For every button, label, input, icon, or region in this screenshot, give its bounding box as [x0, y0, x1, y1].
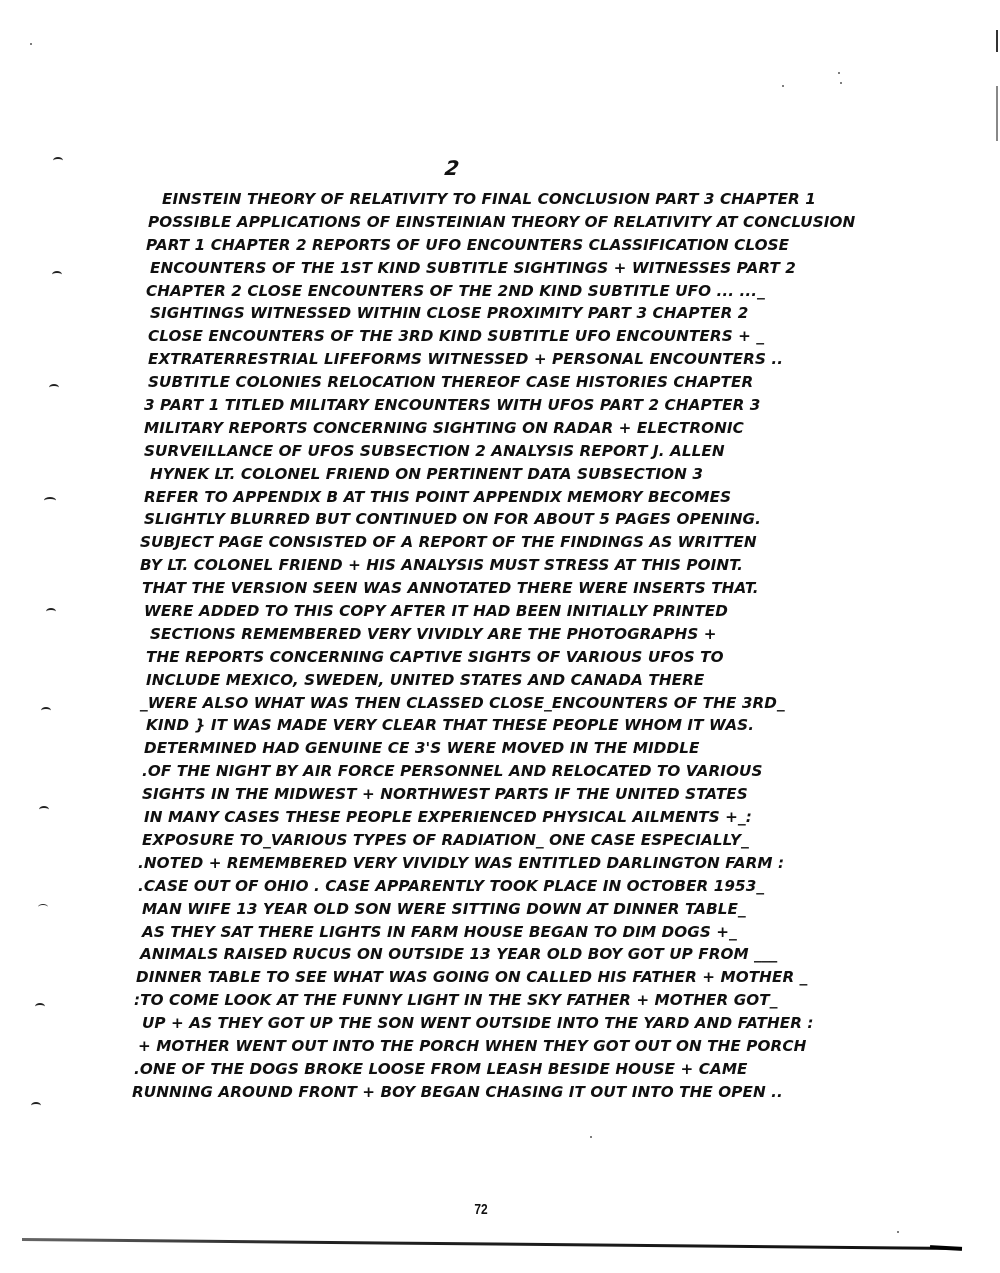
text-line: Animals Raised Rucus On Outside 13 Year …	[128, 943, 868, 966]
text-line: Up + As They Got Up The Son Went Outside…	[128, 1012, 868, 1035]
handwritten-text-body: Einstein Theory Of Relativity To Final C…	[128, 188, 868, 1104]
text-line: Slightly Blurred But Continued On For Ab…	[128, 508, 868, 531]
text-line: Running Around Front + Boy Began Chasing…	[128, 1081, 868, 1104]
text-line: In Many Cases These People Experienced P…	[128, 806, 868, 829]
text-line: Were Added To This Copy After It Had Bee…	[128, 600, 868, 623]
text-line: .Noted + Remembered Very Vividly Was Ent…	[128, 852, 868, 875]
margin-mark	[52, 271, 62, 278]
text-line: Dinner Table To See What Was Going On Ca…	[128, 966, 868, 989]
text-line: Subtitle Colonies Relocation Thereof Cas…	[128, 371, 868, 394]
header-page-number: 2	[431, 158, 474, 178]
margin-mark	[41, 707, 51, 714]
margin-mark	[39, 806, 49, 813]
scanned-page: 2 Einstein Theory Of Relativity To Final…	[0, 0, 1000, 1273]
scan-speck	[30, 43, 32, 45]
margin-mark	[35, 1003, 45, 1010]
text-line: Include Mexico, Sweden, United States An…	[128, 669, 868, 692]
text-line: Part 1 Chapter 2 Reports Of UFO Encounte…	[128, 234, 868, 257]
scan-speck	[782, 85, 784, 87]
text-line: The Reports Concerning Captive Sights Of…	[128, 646, 868, 669]
margin-mark	[49, 384, 59, 391]
scan-speck	[840, 82, 842, 84]
text-line: Man Wife 13 Year Old Son Were Sitting Do…	[128, 898, 868, 921]
text-line: Sightings Witnessed Within Close Proximi…	[128, 302, 868, 325]
text-line: .Case Out Of Ohio . Case Apparently Took…	[128, 875, 868, 898]
text-line: :To Come Look At The Funny Light In The …	[128, 989, 868, 1012]
scan-speck	[838, 72, 840, 74]
text-line: Military Reports Concerning Sighting On …	[128, 417, 868, 440]
text-line: Kind } It Was Made Very Clear That These…	[128, 714, 868, 737]
footer-rule	[22, 1238, 962, 1250]
text-line: Surveillance Of UFOs SubSection 2 Analys…	[128, 440, 868, 463]
margin-mark	[44, 497, 56, 504]
text-line: Refer To Appendix B At This Point Append…	[128, 486, 868, 509]
margin-mark	[31, 1102, 41, 1109]
footer-page-number: 72	[469, 1201, 493, 1219]
margin-mark	[38, 904, 48, 910]
text-line: Einstein Theory Of Relativity To Final C…	[128, 188, 868, 211]
scan-speck	[590, 1136, 592, 1138]
text-line: .Of The Night By Air Force Personnel And…	[128, 760, 868, 783]
text-line: Determined Had Genuine CE 3's Were Moved…	[128, 737, 868, 760]
text-line: + Mother Went Out Into The Porch When Th…	[128, 1035, 868, 1058]
text-line: That The Version Seen Was Annotated Ther…	[128, 577, 868, 600]
text-line: As They Sat There Lights In Farm House B…	[128, 921, 868, 944]
text-line: Close Encounters Of The 3rd Kind Subtitl…	[128, 325, 868, 348]
scan-speck	[897, 1231, 899, 1233]
text-line: .One Of The Dogs Broke Loose From Leash …	[128, 1058, 868, 1081]
text-line: Chapter 2 Close Encounters Of The 2nd Ki…	[128, 280, 868, 303]
text-line: Extraterrestrial Lifeforms Witnessed + P…	[128, 348, 868, 371]
margin-mark	[46, 608, 56, 615]
footer-rule-end	[930, 1245, 962, 1251]
text-line: 3 Part 1 Titled Military Encounters With…	[128, 394, 868, 417]
scan-edge-mark	[996, 86, 998, 141]
text-line: Hynek Lt. Colonel Friend On Pertinent Da…	[128, 463, 868, 486]
text-line: Exposure To_Various Types Of Radiation_ …	[128, 829, 868, 852]
text-line: Encounters Of The 1st Kind Subtitle Sigh…	[128, 257, 868, 280]
text-line: By Lt. Colonel Friend + His Analysis Mus…	[128, 554, 868, 577]
text-line: Possible Applications Of Einsteinian The…	[128, 211, 868, 234]
text-line: Sights In The Midwest + Northwest Parts …	[128, 783, 868, 806]
scan-edge-mark	[996, 30, 998, 52]
margin-mark	[53, 157, 63, 164]
text-line: Subject Page Consisted Of A Report Of Th…	[128, 531, 868, 554]
text-line: Sections Remembered Very Vividly Are The…	[128, 623, 868, 646]
text-line: _Were Also What Was Then Classed Close_E…	[128, 692, 868, 715]
